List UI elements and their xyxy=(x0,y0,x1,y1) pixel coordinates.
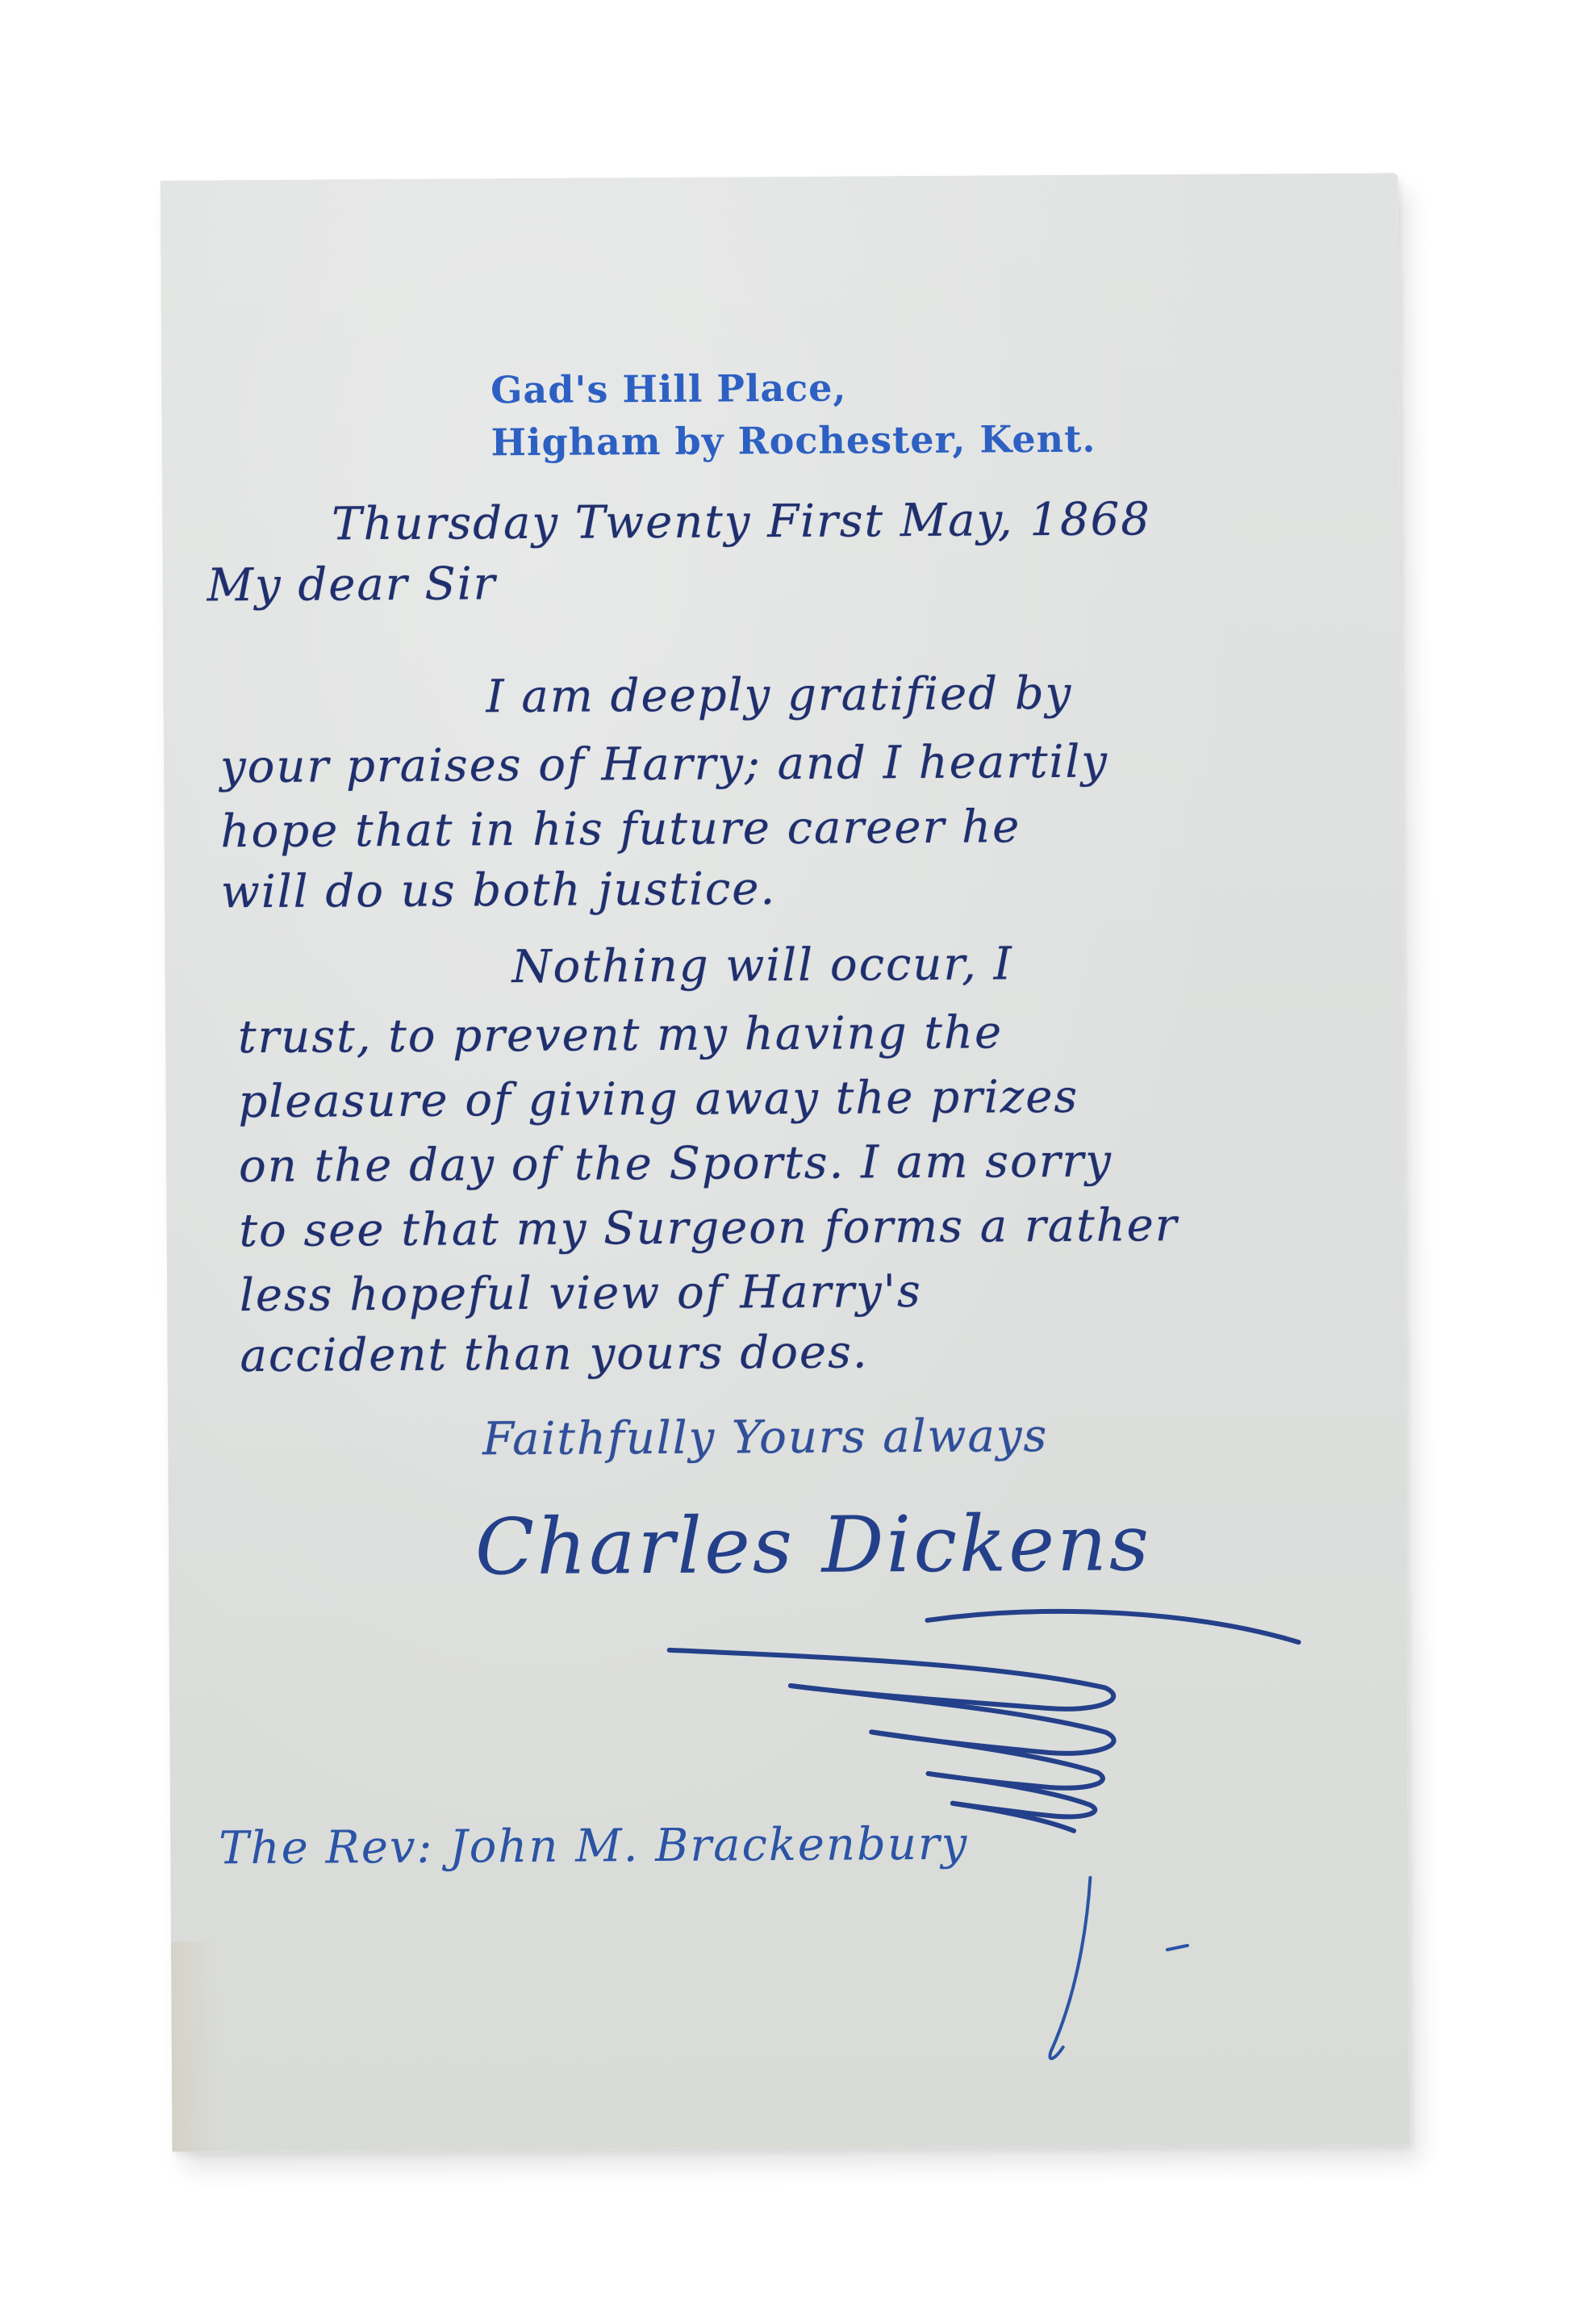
letter-body: I am deeply gratified by your praises of… xyxy=(161,173,1398,180)
body-line: hope that in his future career he xyxy=(220,800,1021,858)
letterhead-line-1: Gad's Hill Place, xyxy=(491,366,847,412)
body-line: I am deeply gratified by xyxy=(486,667,1072,723)
closing: Faithfully Yours always xyxy=(482,1410,1049,1465)
letterhead-line-2: Higham by Rochester, Kent. xyxy=(491,417,1096,465)
body-line: your praises of Harry; and I heartily xyxy=(220,736,1108,794)
body-line: will do us both justice. xyxy=(221,863,777,918)
body-line: Nothing will occur, I xyxy=(511,938,1013,993)
letter-sheet: Gad's Hill Place, Higham by Rochester, K… xyxy=(161,173,1410,2151)
date-line: Thursday Twenty First May, 1868 xyxy=(332,493,1151,550)
salutation: My dear Sir xyxy=(207,558,496,612)
body-line: trust, to prevent my having the xyxy=(238,1006,1003,1064)
body-line: accident than yours does. xyxy=(240,1326,869,1382)
body-line: to see that my Surgeon forms a rather xyxy=(239,1199,1178,1257)
addressee: The Rev: John M. Brackenbury xyxy=(219,1818,969,1875)
addressee-tail-stroke-icon xyxy=(1042,1861,1204,2071)
body-line: less hopeful view of Harry's xyxy=(240,1265,922,1322)
signature-flourish-icon xyxy=(548,1570,1316,1849)
body-line: pleasure of giving away the prizes xyxy=(238,1071,1079,1128)
body-line: on the day of the Sports. I am sorry xyxy=(239,1135,1113,1193)
